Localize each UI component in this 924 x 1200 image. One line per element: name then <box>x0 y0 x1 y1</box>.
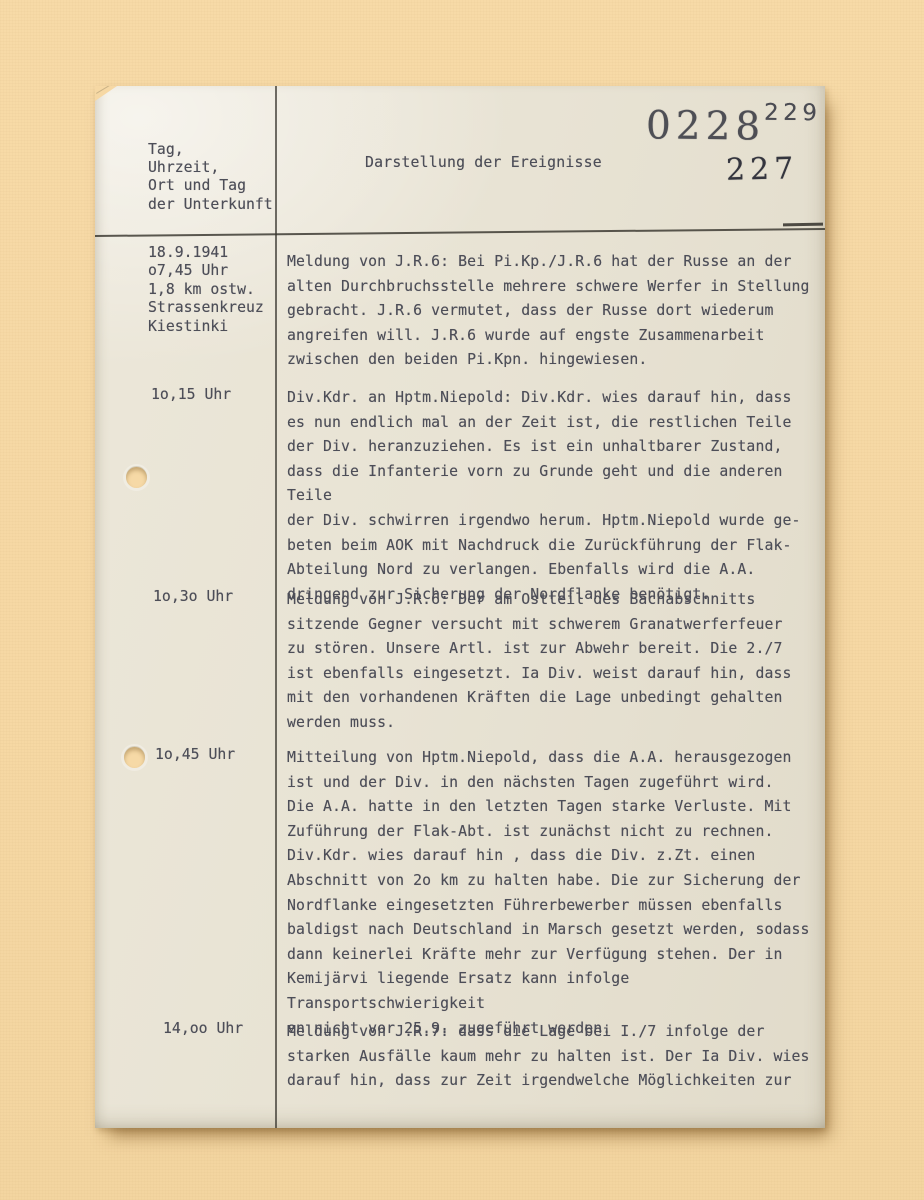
entry-datetime-location: 1o,15 Uhr <box>95 386 275 404</box>
header-events-column-label: Darstellung der Ereignisse <box>365 154 602 171</box>
entry-datetime-location: 1o,3o Uhr <box>95 588 275 606</box>
diary-entry: 18.9.1941 o7,45 Uhr 1,8 km ostw. Strasse… <box>95 244 825 373</box>
header-left-column-label: Tag, Uhrzeit, Ort und Tag der Unterkunft <box>148 141 273 214</box>
entry-text: Meldung von J.R.6: Bei Pi.Kp./J.R.6 hat … <box>275 250 825 373</box>
diary-entry: 14,oo Uhr Meldung von J.R.7: dass die La… <box>95 1020 825 1094</box>
header-separator-dash <box>783 223 823 227</box>
folio-number-pencil: 229 <box>764 100 822 126</box>
entry-text: Mitteilung von Hptm.Niepold, dass die A.… <box>275 746 825 1041</box>
diary-entry: 1o,3o Uhr Meldung von J.R.6: Der am Ostt… <box>95 588 825 736</box>
entry-text: Meldung von J.R.6: Der am Ostteil des Ba… <box>275 588 825 736</box>
entry-datetime-location: 14,oo Uhr <box>95 1020 275 1038</box>
header-separator-line <box>95 228 825 237</box>
folio-number-stamp: 0228 <box>646 103 766 149</box>
diary-entry: 1o,45 Uhr Mitteilung von Hptm.Niepold, d… <box>95 746 825 1041</box>
diary-entry: 1o,15 Uhr Div.Kdr. an Hptm.Niepold: Div.… <box>95 386 825 607</box>
entry-datetime-location: 1o,45 Uhr <box>95 746 275 764</box>
page-corner-fold <box>95 86 117 101</box>
folio-number-stamp-previous: 227 <box>726 151 799 188</box>
entry-datetime-location: 18.9.1941 o7,45 Uhr 1,8 km ostw. Strasse… <box>95 244 275 336</box>
document-page: 0228 229 227 Tag, Uhrzeit, Ort und Tag d… <box>95 86 825 1128</box>
entry-text: Meldung von J.R.7: dass die Lage bei I./… <box>275 1020 825 1094</box>
entry-text: Div.Kdr. an Hptm.Niepold: Div.Kdr. wies … <box>275 386 825 607</box>
photo-backdrop: 0228 229 227 Tag, Uhrzeit, Ort und Tag d… <box>0 0 924 1200</box>
